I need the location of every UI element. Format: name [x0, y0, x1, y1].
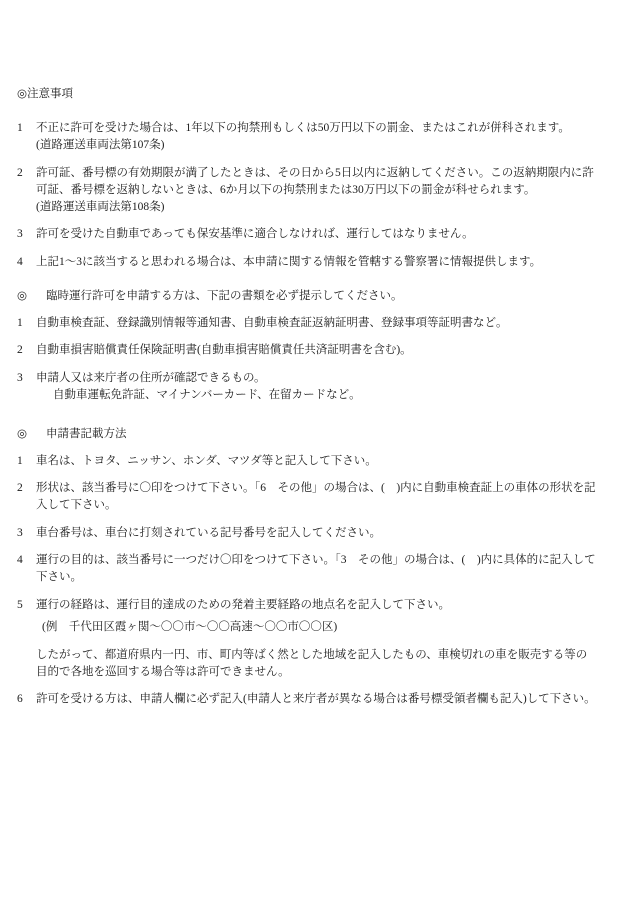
item-text: 運行の目的は、該当番号に一つだけ〇印をつけて下さい。「3 その他」の場合は、( … [36, 552, 596, 586]
item-number: 2 [17, 342, 36, 359]
list-item: 4 上記1〜3に該当すると思われる場合は、本申請に関する情報を管轄する警察署に情… [17, 254, 596, 271]
item-number: 4 [17, 552, 36, 586]
item-number: 3 [17, 525, 36, 542]
list-item: 2 形状は、該当番号に〇印をつけて下さい。「6 その他」の場合は、( )内に自動… [17, 480, 596, 514]
item-number: 5 [17, 597, 36, 681]
item-text: 自動車損害賠償責任保険証明書(自動車損害賠償責任共済証明書を含む)。 [36, 342, 596, 359]
list-item: 4 運行の目的は、該当番号に一つだけ〇印をつけて下さい。「3 その他」の場合は、… [17, 552, 596, 586]
list-item: 2 自動車損害賠償責任保険証明書(自動車損害賠償責任共済証明書を含む)。 [17, 342, 596, 359]
item-text: 申請人又は来庁者の住所が確認できるもの。 [36, 370, 596, 387]
item-number: 2 [17, 480, 36, 514]
item-text: 不正に許可を受けた場合は、1年以下の拘禁刑もしくは50万円以下の罰金、またはこれ… [36, 120, 596, 137]
law-reference: (道路運送車両法第107条) [36, 137, 596, 154]
list-item: 3 車台番号は、車台に打刻されている記号番号を記入してください。 [17, 525, 596, 542]
item-text: 上記1〜3に該当すると思われる場合は、本申請に関する情報を管轄する警察署に情報提… [36, 254, 596, 271]
item-number: 3 [17, 226, 36, 243]
item-text: 許可を受けた自動車であっても保安基準に適合しなければ、運行してはなりません。 [36, 226, 596, 243]
route-example: (例 千代田区霞ヶ関〜〇〇市〜〇〇高速〜〇〇市〇〇区) [36, 619, 596, 636]
double-circle-mark: ◎ [17, 288, 46, 305]
section-notes: 1 不正に許可を受けた場合は、1年以下の拘禁刑もしくは50万円以下の罰金、または… [17, 120, 596, 271]
section-how-to-fill: ◎ 申請書記載方法 1 車名は、トヨタ、ニッサン、ホンダ、マツダ等と記入して下さ… [17, 426, 596, 709]
list-item: 1 車名は、トヨタ、ニッサン、ホンダ、マツダ等と記入して下さい。 [17, 453, 596, 470]
section-heading-text: 臨時運行許可を申請する方は、下記の書類を必ず提示してください。 [46, 288, 403, 305]
section-heading-text: 申請書記載方法 [46, 426, 127, 443]
item-text: 許可を受ける方は、申請人欄に必ず記入(申請人と来庁者が異なる場合は番号標受領者欄… [36, 691, 596, 708]
item-number: 1 [17, 120, 36, 154]
item-text: 運行の経路は、運行目的達成のための発着主要経路の地点名を記入して下さい。 [36, 597, 596, 614]
list-item: 3 許可を受けた自動車であっても保安基準に適合しなければ、運行してはなりません。 [17, 226, 596, 243]
section-heading: ◎ 申請書記載方法 [17, 426, 596, 443]
section-heading: ◎ 臨時運行許可を申請する方は、下記の書類を必ず提示してください。 [17, 288, 596, 305]
item-number: 1 [17, 315, 36, 332]
item-text: 自動車検査証、登録識別情報等通知書、自動車検査証返納証明書、登録事項等証明書など… [36, 315, 596, 332]
list-item: 1 不正に許可を受けた場合は、1年以下の拘禁刑もしくは50万円以下の罰金、または… [17, 120, 596, 154]
item-text: 車名は、トヨタ、ニッサン、ホンダ、マツダ等と記入して下さい。 [36, 453, 596, 470]
item-text: 車台番号は、車台に打刻されている記号番号を記入してください。 [36, 525, 596, 542]
item-number: 4 [17, 254, 36, 271]
list-item: 1 自動車検査証、登録識別情報等通知書、自動車検査証返納証明書、登録事項等証明書… [17, 315, 596, 332]
item-number: 2 [17, 165, 36, 216]
list-item: 6 許可を受ける方は、申請人欄に必ず記入(申請人と来庁者が異なる場合は番号標受領… [17, 691, 596, 708]
law-reference: (道路運送車両法第108条) [36, 199, 596, 216]
list-item: 5 運行の経路は、運行目的達成のための発着主要経路の地点名を記入して下さい。 (… [17, 597, 596, 681]
item-text: 許可証、番号標の有効期限が満了したときは、その日から5日以内に返納してください。… [36, 165, 596, 199]
item-number: 3 [17, 370, 36, 404]
double-circle-mark: ◎ [17, 426, 46, 443]
item-text: 形状は、該当番号に〇印をつけて下さい。「6 その他」の場合は、( )内に自動車検… [36, 480, 596, 514]
list-item: 3 申請人又は来庁者の住所が確認できるもの。 自動車運転免許証、マイナンバーカー… [17, 370, 596, 404]
page-title: ◎注意事項 [17, 86, 596, 103]
item-number: 1 [17, 453, 36, 470]
item-subtext: 自動車運転免許証、マイナンバーカード、在留カードなど。 [36, 387, 596, 404]
item-number: 6 [17, 691, 36, 708]
section-required-documents: ◎ 臨時運行許可を申請する方は、下記の書類を必ず提示してください。 1 自動車検… [17, 288, 596, 404]
document-page: ◎注意事項 1 不正に許可を受けた場合は、1年以下の拘禁刑もしくは50万円以下の… [0, 0, 630, 903]
item-note: したがって、都道府県内一円、市、町内等ばく然とした地域を記入したもの、車検切れの… [36, 647, 596, 681]
list-item: 2 許可証、番号標の有効期限が満了したときは、その日から5日以内に返納してくださ… [17, 165, 596, 216]
